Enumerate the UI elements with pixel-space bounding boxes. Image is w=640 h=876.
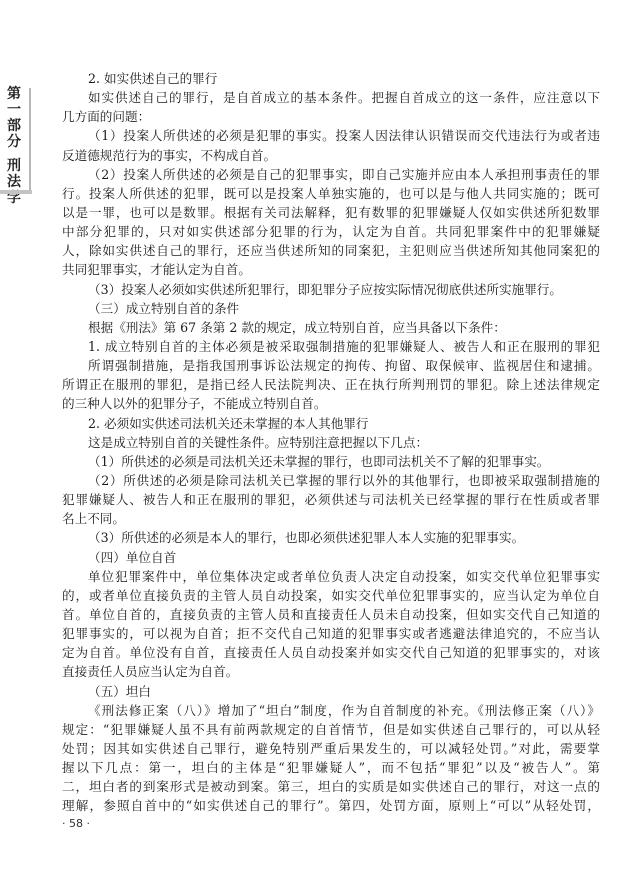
text-line: 2. 必须如实供述司法机关还未掌握的本人其他罪行 — [62, 414, 600, 433]
side-tab-char: 刑 — [4, 158, 24, 174]
text-line: （1）投案人所供述的必须是犯罪的事实。投案人因法律认识错误而交代违法行为或者违 — [62, 126, 600, 145]
text-line: 名上不同。 — [62, 509, 600, 528]
text-line: 的，或者单位直接负责的主管人员自动投案，如实交代单位犯罪事实的，应当认定为单位自 — [62, 586, 600, 605]
text-line: （3）所供述的必须是本人的罪行，也即必须供述犯罪人本人实施的犯罪事实。 — [62, 528, 600, 547]
text-line: 行。投案人所供述的犯罪，既可以是投案人单独实施的，也可以是与他人共同实施的；既可 — [62, 184, 600, 203]
page-body: 2. 如实供述自己的罪行如实供述自己的罪行，是自首成立的基本条件。把握自首成立的… — [62, 69, 600, 815]
text-line: 所谓强制措施，是指我国刑事诉讼法规定的拘传、拘留、取保候审、监视居住和逮捕。 — [62, 356, 600, 375]
text-line: 首。单位自首的，直接负责的主管人员和直接责任人员未自动投案，但如实交代自己知道的 — [62, 605, 600, 624]
text-line: （2）投案人所供述的必须是自己的犯罪事实，即自己实施并应由本人承担刑事责任的罪 — [62, 165, 600, 184]
side-tab-char: 第 — [4, 86, 24, 102]
text-line: 规定：“犯罪嫌疑人虽不具有前两款规定的自首情节，但是如实供述自己罪行的，可以从轻 — [62, 720, 600, 739]
side-tab-char: 分 — [4, 134, 24, 150]
text-line: 握以下几点：第一，坦白的主体是“犯罪嫌疑人”，而不包括“罪犯”以及“被告人”。第 — [62, 758, 600, 777]
text-line: 定为自首。单位没有自首，直接责任人员自动投案并如实交代自己知道的犯罪事实的，对该 — [62, 643, 600, 662]
section-side-tab: 第一部分刑法学 — [0, 84, 32, 196]
text-line: 理解，参照自首中的“如实供述自己的罪行”。第四，处罚方面，原则上“可以”从轻处罚… — [62, 796, 600, 815]
text-line: 单位犯罪案件中，单位集体决定或者单位负责人决定自动投案，如实交代单位犯罪事实 — [62, 567, 600, 586]
text-line: 如实供述自己的罪行，是自首成立的基本条件。把握自首成立的这一条件，应注意以下 — [62, 88, 600, 107]
text-line: 共同犯罪事实，才能认定为自首。 — [62, 260, 600, 279]
text-line: 二，坦白者的到案形式是被动到案。第三，坦白的实质是如实供述自己的罪行，对这一点的 — [62, 777, 600, 796]
text-line: 所谓正在服刑的罪犯，是指已经人民法院判决、正在执行所判刑罚的罪犯。除上述法律规定 — [62, 375, 600, 394]
text-line: 直接责任人员应当认定为自首。 — [62, 662, 600, 681]
side-tab-char: 一 — [4, 102, 24, 118]
side-tab-gap — [4, 150, 24, 158]
side-tab-bottom-bar — [0, 190, 32, 194]
text-line: 人，除如实供述自己的罪行，还应当供述所知的同案犯，主犯则应当供述所知其他同案犯的 — [62, 241, 600, 260]
text-line: 《刑法修正案（八）》增加了“坦白”制度，作为自首制度的补充。《刑法修正案（八）》 — [62, 701, 600, 720]
text-line: 处罚；因其如实供述自己罪行，避免特别严重后果发生的，可以减轻处罚。”对此，需要掌 — [62, 739, 600, 758]
text-line: 犯罪嫌疑人、被告人和正在服刑的罪犯，必须供述与司法机关已经掌握的罪行在性质或者罪 — [62, 490, 600, 509]
text-line: 根据《刑法》第 67 条第 2 款的规定，成立特别自首，应当具备以下条件： — [62, 318, 600, 337]
text-line: 中部分犯罪的，只对如实供述部分犯罪的行为，认定为自首。共同犯罪案件中的犯罪嫌疑 — [62, 222, 600, 241]
text-line: 的三种人以外的犯罪分子，不能成立特别自首。 — [62, 394, 600, 413]
side-tab-vertical-rule — [29, 88, 31, 192]
text-line: （五）坦白 — [62, 682, 600, 701]
text-line: （三）成立特别自首的条件 — [62, 299, 600, 318]
text-line: 以是一罪，也可以是数罪。根据有关司法解释，犯有数罪的犯罪嫌疑人仅如实供述所犯数罪 — [62, 203, 600, 222]
side-tab-char: 法 — [4, 174, 24, 190]
side-tab-label: 第一部分刑法学 — [4, 86, 24, 206]
text-line: （1）所供述的必须是司法机关还未掌握的罪行，也即司法机关不了解的犯罪事实。 — [62, 452, 600, 471]
text-line: 2. 如实供述自己的罪行 — [62, 69, 600, 88]
text-line: 这是成立特别自首的关键性条件。应特别注意把握以下几点： — [62, 433, 600, 452]
text-line: （3）投案人必须如实供述所犯罪行，即犯罪分子应按实际情况彻底供述所实施罪行。 — [62, 280, 600, 299]
text-line: （四）单位自首 — [62, 548, 600, 567]
text-line: 反道德规范行为的事实，不构成自首。 — [62, 146, 600, 165]
text-line: 犯罪事实的，可以视为自首；拒不交代自己知道的犯罪事实或者逃避法律追究的，不应当认 — [62, 624, 600, 643]
page-number: · 58 · — [62, 817, 90, 830]
text-line: 几方面的问题： — [62, 107, 600, 126]
text-line: 1. 成立特别自首的主体必须是被采取强制措施的犯罪嫌疑人、被告人和正在服刑的罪犯 — [62, 337, 600, 356]
side-tab-char: 部 — [4, 118, 24, 134]
text-line: （2）所供述的必须是除司法机关已掌握的罪行以外的其他罪行，也即被采取强制措施的 — [62, 471, 600, 490]
